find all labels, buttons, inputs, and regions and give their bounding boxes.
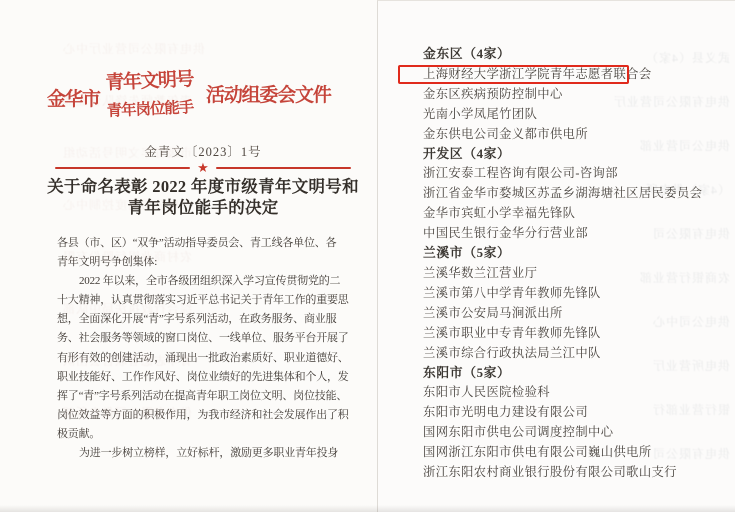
list-item: 光南小学凤尾竹团队 [423,105,702,125]
list-item: 浙江省金华市婺城区苏孟乡湖海塘社区居民委员会 [423,184,702,204]
page-left: 金华市 青年文明号 青年岗位能手 活动组委会文件 金青文〔2023〕1号 ★ 关… [0,0,377,512]
highlight-frame [398,65,629,84]
highlighted-list-item: 上海财经大学浙江学院青年志愿者联合会 [423,65,702,85]
document-title-line1: 关于命名表彰 2022 年度市级青年文明号和 [40,176,366,197]
letterhead-suffix: 活动组委会文件 [206,80,331,107]
list-item: 国网浙江东阳市供电有限公司巍山供电所 [423,443,702,463]
list-item: 国网东阳市供电公司调度控制中心 [423,423,702,443]
list-item: 东阳市光明电力建设有限公司 [423,403,702,423]
scanned-document: 金华市 青年文明号 青年岗位能手 活动组委会文件 金青文〔2023〕1号 ★ 关… [0,0,735,512]
document-body: 各县（市、区）“双争”活动指导委员会、青工线各单位、各青年文明号争创集体:202… [57,234,353,463]
body-line: 务、社会服务等领域的窗口岗位、一线单位、服务平台开展了 [57,329,353,348]
body-line: 挥了“青”字号系列活动在提高青年职工岗位文明、岗位技能、 [57,387,353,406]
letterhead: 金华市 青年文明号 青年岗位能手 活动组委会文件 [47,66,331,119]
list-item: 东阳市人民医院检验科 [423,383,702,403]
bleed-through-text: 供电有限公司营业厅中心 [62,40,205,57]
letterhead-line1: 青年文明号 [104,64,193,95]
letterhead-line2: 青年岗位能手 [106,95,194,121]
body-line: 为进一步树立榜样，立好标杆，激励更多职业青年投身 [57,444,353,463]
list-item: 浙江安泰工程咨询有限公司-咨询部 [423,164,702,184]
list-item: 兰溪市综合行政执法局兰江中队 [423,344,702,364]
document-title: 关于命名表彰 2022 年度市级青年文明号和 青年岗位能手的决定 [40,176,366,218]
list-item: 浙江东阳农村商业银行股份有限公司歌山支行 [423,463,702,483]
list-item: 金东区疾病预防控制中心 [423,85,702,105]
list-item: 中国民生银行金华分行营业部 [423,224,702,244]
body-line: 2022 年以来，全市各级团组织深入学习宣传贯彻党的二 [57,272,353,291]
list-item: 兰溪市公安局马涧派出所 [423,304,702,324]
divider-line-right [216,167,351,169]
document-number: 金青文〔2023〕1号 [55,142,351,160]
award-list: 金东区（4家）上海财经大学浙江学院青年志愿者联合会金东区疾病预防控制中心光南小学… [423,45,702,483]
body-line: 青年文明号争创集体: [57,253,353,272]
body-line: 职业技能好、工作作风好、岗位业绩好的先进集体和个人，发 [57,368,353,387]
star-icon: ★ [197,161,209,174]
star-divider: ★ [55,161,351,174]
letterhead-city: 金华市 [47,84,100,111]
body-line: 想，全面深化开展“青”字号系列活动，在政务服务、商业服 [57,310,353,329]
list-item: 兰溪市职业中专青年教师先锋队 [423,324,702,344]
list-item: 金东供电公司金义都市供电所 [423,125,702,145]
section-header: 开发区（4家） [423,145,702,165]
list-item: 金华市宾虹小学幸福先锋队 [423,204,702,224]
divider-line-left [55,167,190,169]
section-header: 东阳市（5家） [423,364,702,384]
section-header: 金东区（4家） [423,45,702,65]
body-line: 岗位效益等方面的积极作用，为我市经济和社会发展作出了积 [57,406,353,425]
body-line: 各县（市、区）“双争”活动指导委员会、青工线各单位、各 [57,234,353,253]
section-header: 兰溪市（5家） [423,244,702,264]
body-line: 十大精神，认真贯彻落实习近平总书记关于青年工作的重要思 [57,291,353,310]
letterhead-stack: 青年文明号 青年岗位能手 [104,64,194,121]
list-item: 兰溪市第八中学青年教师先锋队 [423,284,702,304]
document-title-line2: 青年岗位能手的决定 [40,197,366,218]
body-line: 有形有效的创建活动，涌现出一批政治素质好、职业道德好、 [57,349,353,368]
list-item: 兰溪华数兰江营业厅 [423,264,702,284]
body-line: 极贡献。 [57,425,353,444]
